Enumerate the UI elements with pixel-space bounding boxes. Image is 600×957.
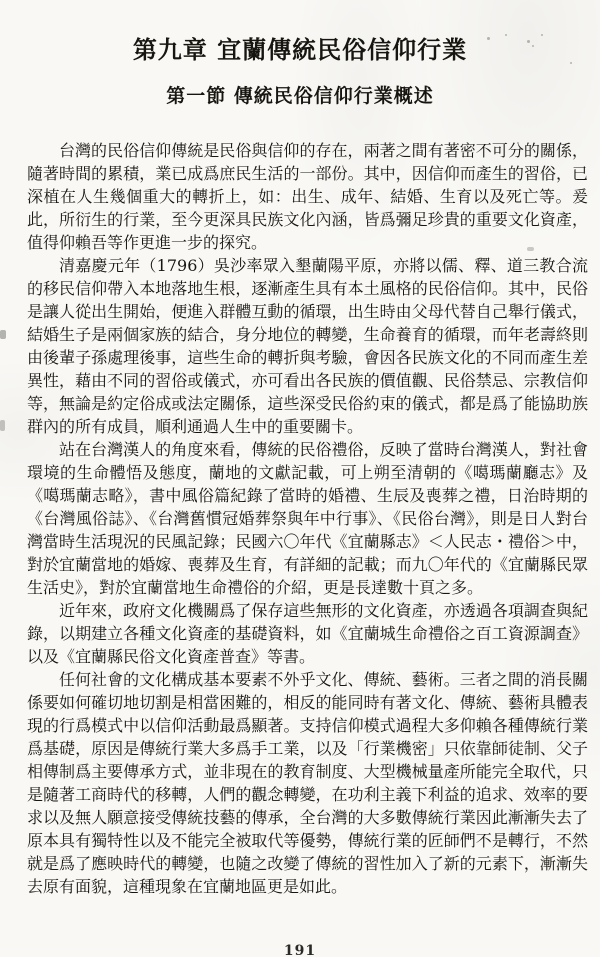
paragraph: 台灣的民俗信仰傳統是民俗與信仰的存在，兩著之間有著密不可分的關係，隨著時間的累積… [27,139,588,254]
chapter-title: 第九章 宜蘭傳統民俗信仰行業 [0,30,600,65]
body-text: 台灣的民俗信仰傳統是民俗與信仰的存在，兩著之間有著密不可分的關係，隨著時間的累積… [27,139,588,898]
scan-artifact [0,330,6,339]
page-number: 191 [0,943,600,957]
scanned-document-page: 第九章 宜蘭傳統民俗信仰行業 第一節 傳統民俗信仰行業概述 台灣的民俗信仰傳統是… [0,0,600,957]
section-title: 第一節 傳統民俗信仰行業概述 [0,81,600,108]
paragraph: 任何社會的文化構成基本要素不外乎文化、傳統、藝術。三者之間的消長關係要如何確切地… [27,668,588,898]
paragraph: 近年來，政府文化機關爲了保存這些無形的文化資產，亦透過各項調查與紀錄，以期建立各… [27,599,588,668]
scan-artifact [0,420,5,431]
paragraph: 清嘉慶元年（1796）吳沙率眾入墾蘭陽平原，亦將以儒、釋、道三教合流的移民信仰帶… [27,254,588,438]
paragraph: 站在台灣漢人的角度來看，傳統的民俗禮俗，反映了當時台灣漢人，對社會環境的生命體悟… [27,438,588,599]
